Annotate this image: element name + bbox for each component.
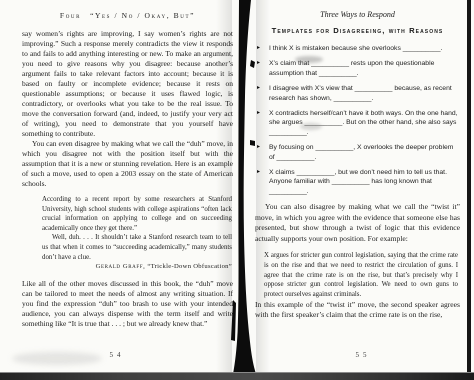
template-text: I think X is mistaken because she overlo…	[269, 45, 442, 52]
quote-paragraph: Well, duh. . . . It shouldn’t take a Sta…	[42, 233, 232, 262]
paragraph: say women’s rights are improving, I say …	[22, 29, 233, 139]
right-page-number: 55	[252, 351, 474, 359]
list-item: ▸ X’s claim that __________ rests upon t…	[255, 59, 460, 78]
chapter-title: “Yes / No / Okay, But”	[90, 11, 195, 20]
scan-bottom-edge	[0, 372, 474, 380]
list-item: ▸ By focusing on __________, X overlooks…	[255, 143, 460, 162]
paragraph: In this example of the “twist it” move, …	[255, 300, 460, 321]
list-item: ▸ X claims __________, but we don’t need…	[255, 168, 460, 196]
template-text: By focusing on __________, X overlooks t…	[269, 144, 453, 160]
book-gutter-shadow	[230, 0, 258, 374]
list-item: ▸ X contradicts herself/can’t have it bo…	[255, 109, 460, 137]
right-page-content: Three Ways to Respond Templates for Disa…	[255, 0, 460, 321]
template-text: X claims __________, but we don’t need h…	[269, 169, 447, 195]
quote-attribution: Gerald Graff, “Trickle-Down Obfuscation”	[42, 263, 232, 270]
paragraph: You can also disagree by making what we …	[255, 202, 460, 244]
gutter-shape	[230, 0, 258, 374]
left-page-content: Four“Yes / No / Okay, But” say women’s r…	[22, 0, 233, 329]
smudge-mark	[295, 56, 323, 63]
paragraph: You can even disagree by making what we …	[22, 139, 233, 189]
template-list: ▸ I think X is mistaken because she over…	[255, 44, 460, 196]
chapter-number: Four	[60, 11, 81, 20]
left-running-head: Four“Yes / No / Okay, But”	[22, 11, 233, 20]
block-quote: According to a recent report by some res…	[42, 195, 232, 270]
block-quote: X argues for stricter gun control legisl…	[264, 251, 458, 300]
section-title: Templates for Disagreeing, with Reasons	[255, 26, 460, 35]
quote-paragraph: According to a recent report by some res…	[42, 195, 232, 233]
left-page: Four“Yes / No / Okay, But” say women’s r…	[0, 0, 234, 373]
scan-right-edge	[467, 0, 471, 374]
gutter-shadow-right	[256, 0, 270, 372]
attribution-author: Gerald Graff,	[96, 263, 146, 270]
paragraph: Like all of the other moves discussed in…	[22, 279, 233, 329]
template-text: X’s claim that __________ rests upon the…	[269, 60, 434, 76]
template-text: I disagree with X’s view that __________…	[269, 85, 452, 101]
right-running-head: Three Ways to Respond	[255, 10, 460, 19]
book-scan: Four“Yes / No / Okay, But” say women’s r…	[0, 0, 474, 380]
list-item: ▸ I disagree with X’s view that ________…	[255, 84, 460, 103]
quote-paragraph: X argues for stricter gun control legisl…	[264, 251, 458, 300]
smudge-mark	[300, 123, 322, 130]
right-page: Three Ways to Respond Templates for Disa…	[252, 0, 474, 373]
smudge-mark	[12, 352, 102, 365]
template-text: X contradicts herself/can’t have it both…	[269, 110, 458, 136]
list-item: ▸ I think X is mistaken because she over…	[255, 44, 460, 53]
